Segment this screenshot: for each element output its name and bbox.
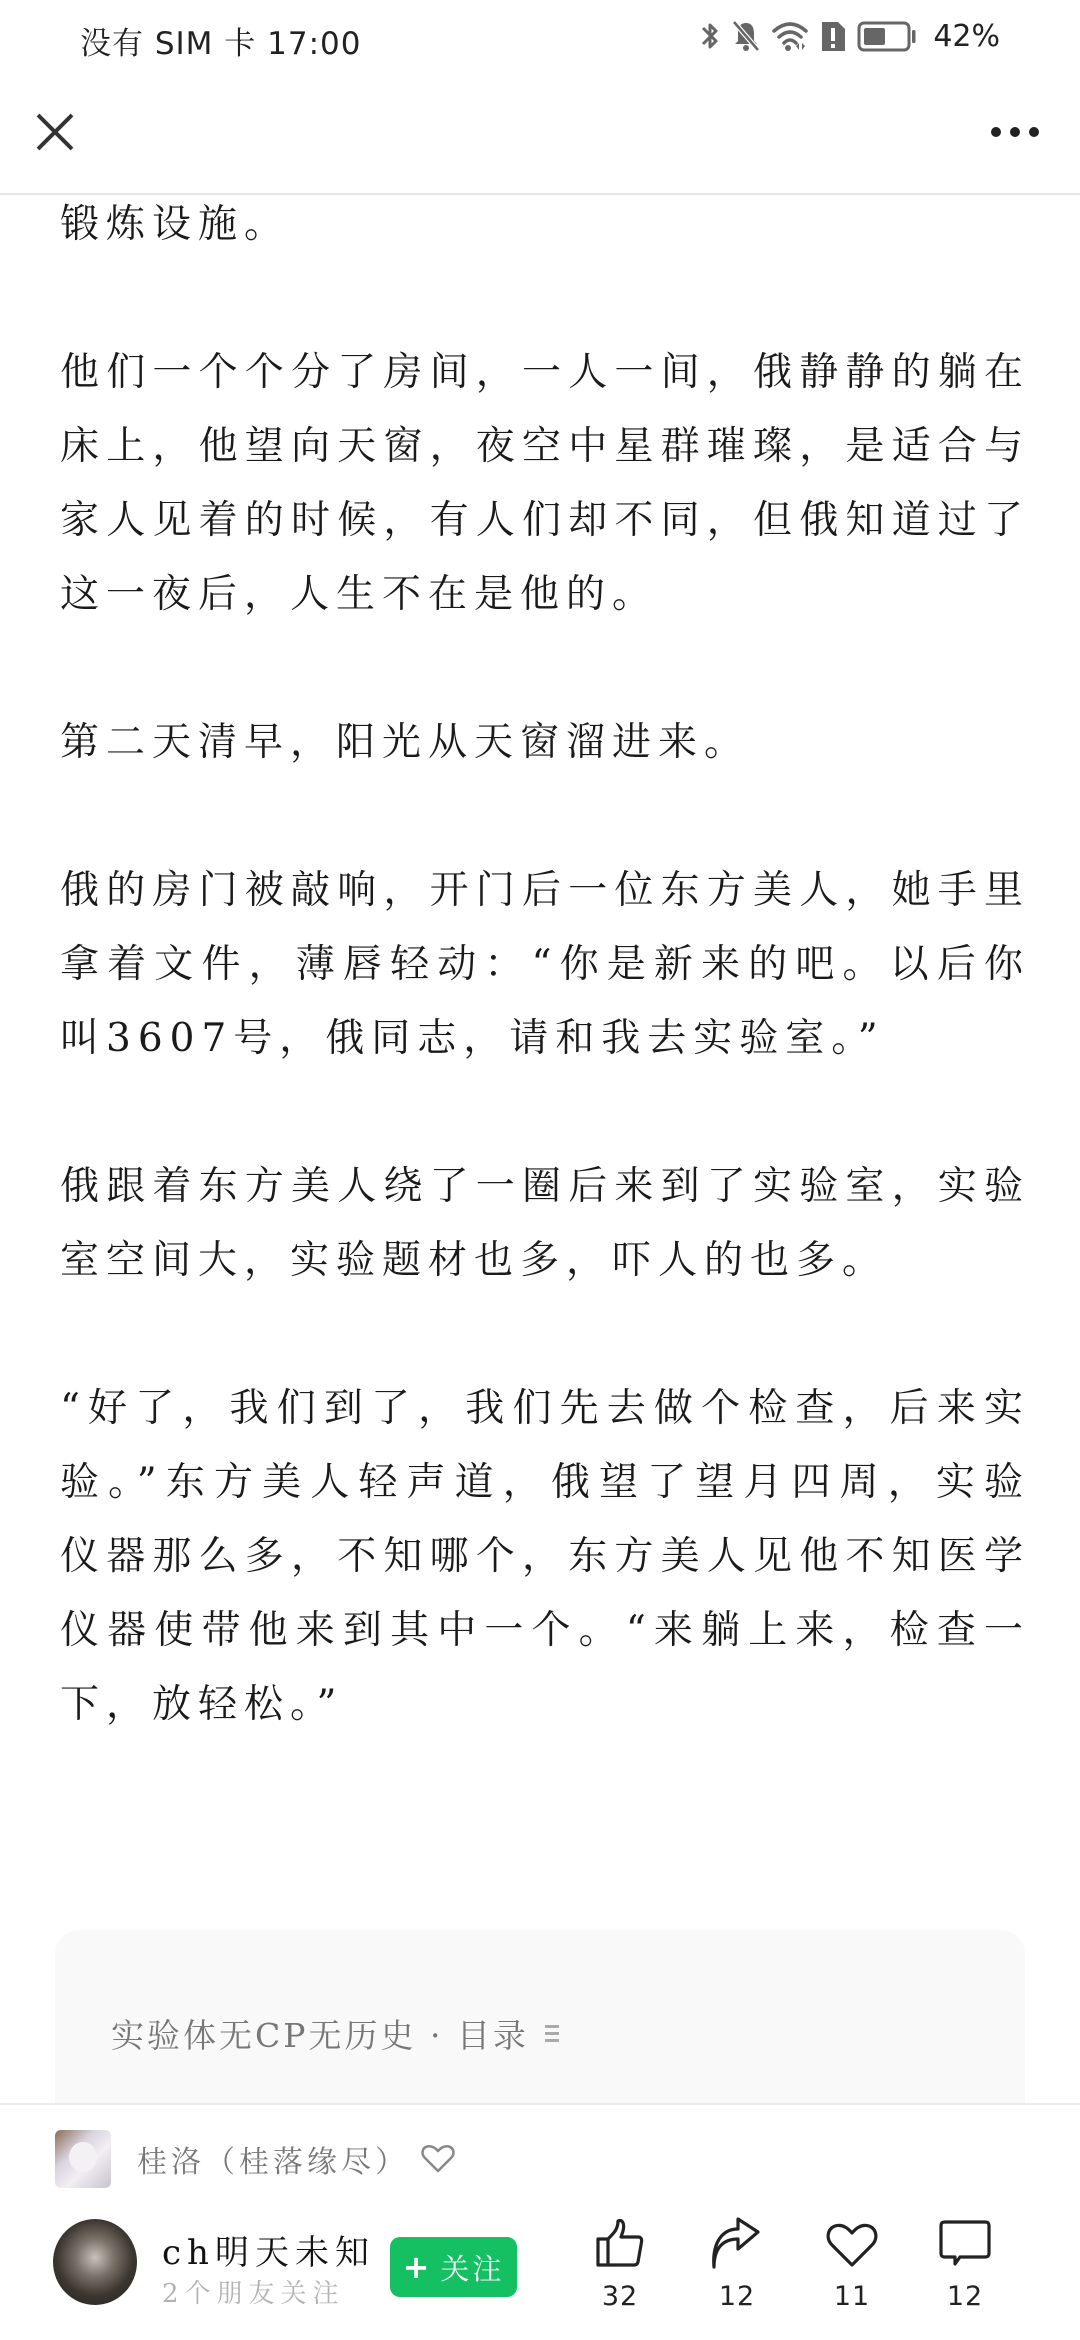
article-body[interactable]: 间有一个学校的空间，里面尽然有操场，还是有锻炼设施。 他们一个个分了房间，一人一…	[0, 160, 1080, 2105]
mute-bell-icon	[731, 19, 761, 53]
top-nav-bar	[0, 72, 1080, 195]
list-icon	[545, 2025, 559, 2042]
comment-count: 12	[947, 2281, 983, 2312]
close-icon	[35, 112, 75, 152]
carrier-time: 没有 SIM 卡 17:00	[80, 18, 361, 63]
follow-button[interactable]: + 关注	[390, 2237, 517, 2297]
article-paragraph: 俄的房门被敲响，开门后一位东方美人，她手里拿着文件，薄唇轻动：“你是新来的吧。以…	[60, 854, 1030, 1076]
battery-percent: 42%	[933, 19, 1000, 54]
sim-alert-icon	[819, 19, 847, 53]
article-paragraph: 俄跟着东方美人绕了一圈后来到了实验室，实验室空间大，实验题材也多，吓人的也多。	[60, 1150, 1030, 1298]
share-button[interactable]: 12	[697, 2213, 777, 2312]
like-count: 32	[602, 2281, 638, 2312]
close-button[interactable]	[30, 107, 80, 157]
wifi-icon	[771, 19, 809, 53]
status-icons: 42%	[699, 14, 1000, 58]
favorite-count: 11	[834, 2281, 870, 2312]
article-paragraph: 第二天清早，阳光从天窗溜进来。	[60, 706, 1030, 780]
toc-card[interactable]: 实验体无CP无历史 · 目录	[55, 1930, 1025, 2105]
favorite-button[interactable]: 11	[812, 2213, 892, 2312]
article-content: 间有一个学校的空间，里面尽然有操场，还是有锻炼设施。 他们一个个分了房间，一人一…	[60, 160, 1030, 1816]
thumbs-up-icon	[594, 2217, 646, 2269]
comment-button[interactable]: 12	[925, 2213, 1005, 2312]
action-bar: 32 12 11 12	[580, 2215, 1050, 2315]
heart-outline-icon[interactable]	[421, 2144, 455, 2174]
share-icon	[710, 2217, 764, 2269]
more-dot	[1010, 127, 1020, 137]
like-button[interactable]: 32	[580, 2213, 660, 2312]
battery-icon	[857, 19, 917, 53]
plus-icon: +	[403, 2248, 433, 2286]
more-button[interactable]	[980, 112, 1050, 152]
share-count: 12	[719, 2281, 755, 2312]
toc-link[interactable]: 实验体无CP无历史 · 目录	[111, 2010, 559, 2057]
more-dot	[991, 127, 1001, 137]
author-name[interactable]: 桂洛（桂落缘尽）	[137, 2137, 409, 2181]
author-avatar[interactable]	[55, 2130, 111, 2188]
toc-title: 实验体无CP无历史 · 目录	[111, 2010, 529, 2057]
article-paragraph: 他们一个个分了房间，一人一间，俄静静的躺在床上，他望向天窗，夜空中星群璀璨，是适…	[60, 336, 1030, 632]
more-dot	[1029, 127, 1039, 137]
collection-author-row[interactable]: 桂洛（桂落缘尽）	[55, 2130, 455, 2188]
heart-icon	[826, 2223, 878, 2269]
status-bar: 没有 SIM 卡 17:00 42%	[0, 0, 1080, 72]
article-paragraph: “好了，我们到了，我们先去做个检查，后来实验。”东方美人轻声道，俄望了望月四周，…	[60, 1372, 1030, 1742]
profile-followers-text: 2个朋友关注	[162, 2273, 345, 2310]
follow-label: 关注	[440, 2247, 504, 2288]
bottom-bar: 桂洛（桂落缘尽） ch明天未知 2个朋友关注 + 关注 32 12	[0, 2103, 1080, 2340]
profile-name[interactable]: ch明天未知	[162, 2225, 375, 2274]
comment-icon	[938, 2219, 992, 2269]
profile-row: ch明天未知 2个朋友关注 + 关注 32 12	[0, 2215, 1080, 2315]
bluetooth-icon	[699, 19, 721, 53]
profile-avatar[interactable]	[53, 2219, 137, 2305]
